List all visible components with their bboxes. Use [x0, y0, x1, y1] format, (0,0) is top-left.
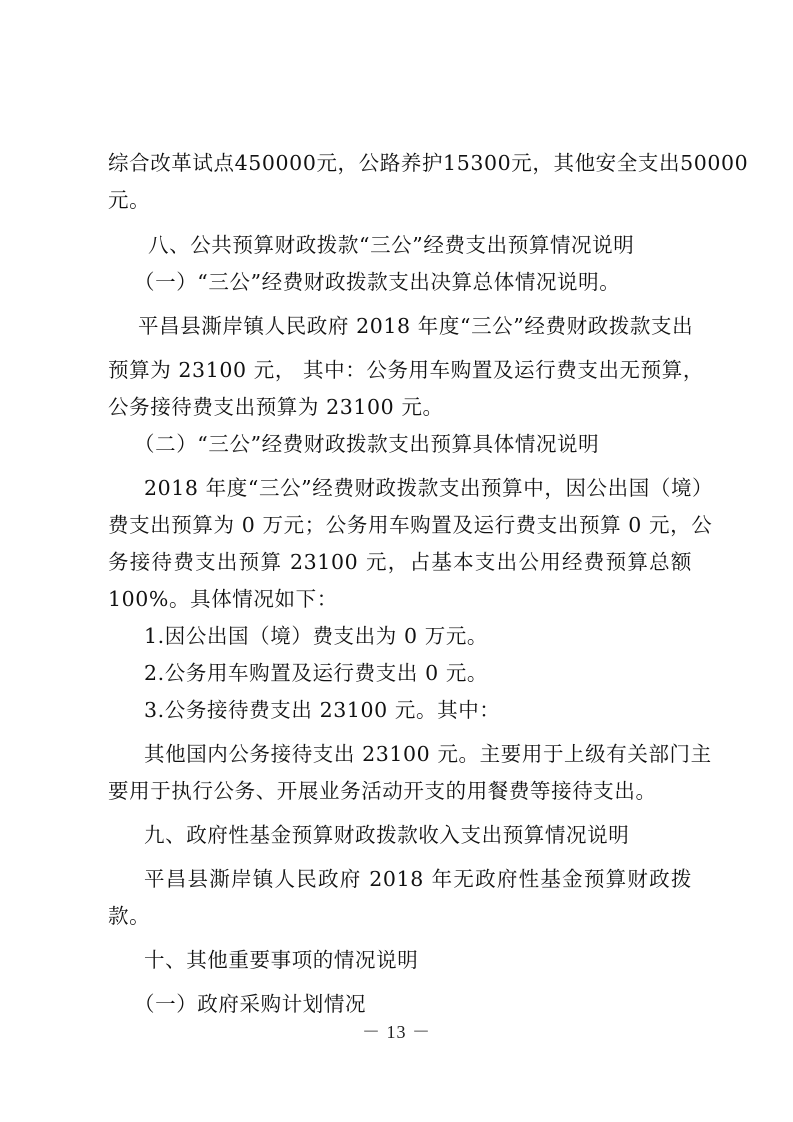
paragraph-line-end: 款。 [108, 902, 692, 930]
list-item-3: 3.公务接待费支出 23100 元。其中： [144, 696, 692, 724]
subsection-heading-8-2: （二）“三公”经费财政拨款支出预算具体情况说明 [134, 430, 692, 458]
paragraph-line: 费支出预算为 0 万元；公务用车购置及运行费支出预算 0 元，公 [108, 511, 692, 539]
paragraph-line: 平昌县澌岸镇人民政府 2018 年无政府性基金预算财政拨 [144, 865, 692, 893]
subsection-heading-8-1: （一）“三公”经费财政拨款支出决算总体情况说明。 [134, 268, 692, 296]
section-heading-10: 十、其他重要事项的情况说明 [144, 946, 692, 974]
subsection-heading-10-1: （一）政府采购计划情况 [134, 990, 692, 1018]
list-item-2: 2.公务用车购置及运行费支出 0 元。 [144, 659, 692, 687]
paragraph-line-end: 元。 [108, 186, 692, 214]
document-page: 综合改革试点450000元，公路养护15300元，其他安全支出50000 元。 … [0, 0, 793, 1122]
page-number: － 13 － [0, 1018, 793, 1044]
paragraph-line: 预算为 23100 元， 其中：公务用车购置及运行费支出无预算， [108, 356, 692, 384]
paragraph-line-end: 公务接待费支出预算为 23100 元。 [108, 393, 692, 421]
section-heading-8: 八、公共预算财政拨款“三公”经费支出预算情况说明 [148, 231, 692, 259]
list-item-1: 1.因公出国（境）费支出为 0 万元。 [144, 622, 692, 650]
paragraph-line: 务接待费支出预算 23100 元，占基本支出公用经费预算总额 [108, 548, 692, 576]
paragraph-line-continuation: 综合改革试点450000元，公路养护15300元，其他安全支出50000 [108, 149, 692, 177]
paragraph-line-end: 100%。具体情况如下： [108, 585, 692, 613]
section-heading-9: 九、政府性基金预算财政拨款收入支出预算情况说明 [144, 821, 692, 849]
paragraph-line: 其他国内公务接待支出 23100 元。主要用于上级有关部门主 [144, 740, 692, 768]
paragraph-line: 平昌县澌岸镇人民政府 2018 年度“三公”经费财政拨款支出 [138, 312, 692, 340]
paragraph-line: 2018 年度“三公”经费财政拨款支出预算中，因公出国（境） [144, 474, 692, 502]
paragraph-line-end: 要用于执行公务、开展业务活动开支的用餐费等接待支出。 [108, 777, 692, 805]
